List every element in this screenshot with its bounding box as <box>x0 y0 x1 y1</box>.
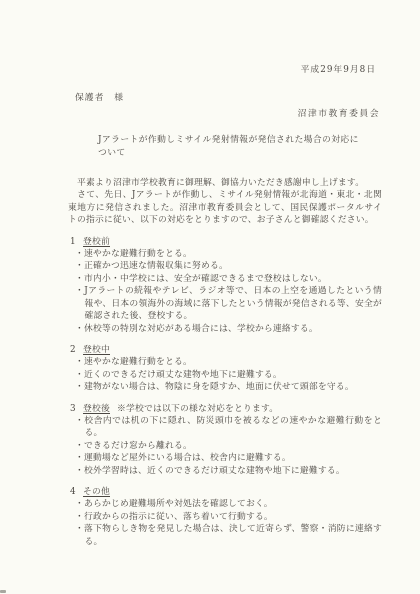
list-item: ・できるだけ窓から離れる。 <box>75 440 382 452</box>
list-item: ・休校等の特別な対応がある場合には、学校から連絡する。 <box>75 323 382 335</box>
section-title: 登校後 <box>83 404 110 414</box>
letter-date: 平成29年9月8日 <box>68 64 382 76</box>
list-item: ・速やかな避難行動をとる。 <box>75 248 382 260</box>
title-line-2: ついて <box>98 147 382 159</box>
section-heading: 3登校後※学校では以下の様な対応をとります。 <box>70 403 382 415</box>
scanned-letter-page: 平成29年9月8日 保護者 様 沼津市教育委員会 Jアラートが作動しミサイル発射… <box>0 0 420 594</box>
list-item: ・Jアラートの続報やテレビ、ラジオ等で、日本の上空を通過したという情報や、日本の… <box>75 285 382 322</box>
intro-paragraph-body: さて、先日、Jアラートが作動し、ミサイル発射情報が北海道・東北・北関東地方に発信… <box>68 189 382 226</box>
section-heading: 4その他 <box>70 486 382 498</box>
section-item-list: ・校舎内では机の下に隠れ、防災頭巾を被るなどの速やかな避難行動をとる。 ・できる… <box>68 415 382 477</box>
intro-paragraph-greeting: 平素より沼津市学校教育に御理解、御協力いただき感謝申し上げます。 <box>68 177 382 189</box>
list-item: ・校舎内では机の下に隠れ、防災頭巾を被るなどの速やかな避難行動をとる。 <box>75 415 382 440</box>
section-title: その他 <box>83 487 110 497</box>
intro-paragraphs: 平素より沼津市学校教育に御理解、御協力いただき感謝申し上げます。 さて、先日、J… <box>68 177 382 227</box>
list-item: ・速やかな避難行動をとる。 <box>75 356 382 368</box>
scan-speck <box>0 590 6 593</box>
section-commuting: 2登校中 ・速やかな避難行動をとる。 ・近くのできるだけ頑丈な建物や地下に避難す… <box>68 344 382 394</box>
sender-line: 沼津市教育委員会 <box>68 108 382 120</box>
section-note: ※学校では以下の様な対応をとります。 <box>117 404 278 414</box>
section-number: 3 <box>70 403 83 415</box>
section-number: 4 <box>70 486 83 498</box>
list-item: ・正確かつ迅速な情報収集に努める。 <box>75 260 382 272</box>
list-item: ・行政からの指示に従い、落ち着いて行動する。 <box>75 511 382 523</box>
section-title: 登校前 <box>83 237 110 247</box>
section-item-list: ・速やかな避難行動をとる。 ・近くのできるだけ頑丈な建物や地下に避難する。 ・建… <box>68 356 382 393</box>
list-item: ・近くのできるだけ頑丈な建物や地下に避難する。 <box>75 369 382 381</box>
letter-content: 平成29年9月8日 保護者 様 沼津市教育委員会 Jアラートが作動しミサイル発射… <box>0 0 420 594</box>
section-item-list: ・あらかじめ避難場所や対処法を確認しておく。 ・行政からの指示に従い、落ち着いて… <box>68 498 382 548</box>
list-item: ・市内小・中学校には、安全が確認できるまで登校はしない。 <box>75 273 382 285</box>
section-heading: 1登校前 <box>70 236 382 248</box>
section-item-list: ・速やかな避難行動をとる。 ・正確かつ迅速な情報収集に努める。 ・市内小・中学校… <box>68 248 382 335</box>
letter-title: Jアラートが作動しミサイル発射情報が発信された場合の対応に ついて <box>98 134 382 159</box>
list-item: ・建物がない場合は、物陰に身を隠すか、地面に伏せて頭部を守る。 <box>75 381 382 393</box>
title-line-1: Jアラートが作動しミサイル発射情報が発信された場合の対応に <box>98 134 382 146</box>
section-heading: 2登校中 <box>70 344 382 356</box>
section-title: 登校中 <box>83 345 110 355</box>
section-after-arrival: 3登校後※学校では以下の様な対応をとります。 ・校舎内では机の下に隠れ、防災頭巾… <box>68 403 382 477</box>
list-item: ・あらかじめ避難場所や対処法を確認しておく。 <box>75 498 382 510</box>
list-item: ・落下物らしき物を発見した場合は、決して近寄らず、警察・消防に連絡する。 <box>75 523 382 548</box>
recipient-line: 保護者 様 <box>75 92 382 104</box>
section-other: 4その他 ・あらかじめ避難場所や対処法を確認しておく。 ・行政からの指示に従い、… <box>68 486 382 548</box>
section-before-school: 1登校前 ・速やかな避難行動をとる。 ・正確かつ迅速な情報収集に努める。 ・市内… <box>68 236 382 335</box>
list-item: ・運動場など屋外にいる場合は、校舎内に避難する。 <box>75 452 382 464</box>
section-number: 1 <box>70 236 83 248</box>
list-item: ・校外学習時は、近くのできるだけ頑丈な建物や地下に避難する。 <box>75 465 382 477</box>
section-number: 2 <box>70 344 83 356</box>
